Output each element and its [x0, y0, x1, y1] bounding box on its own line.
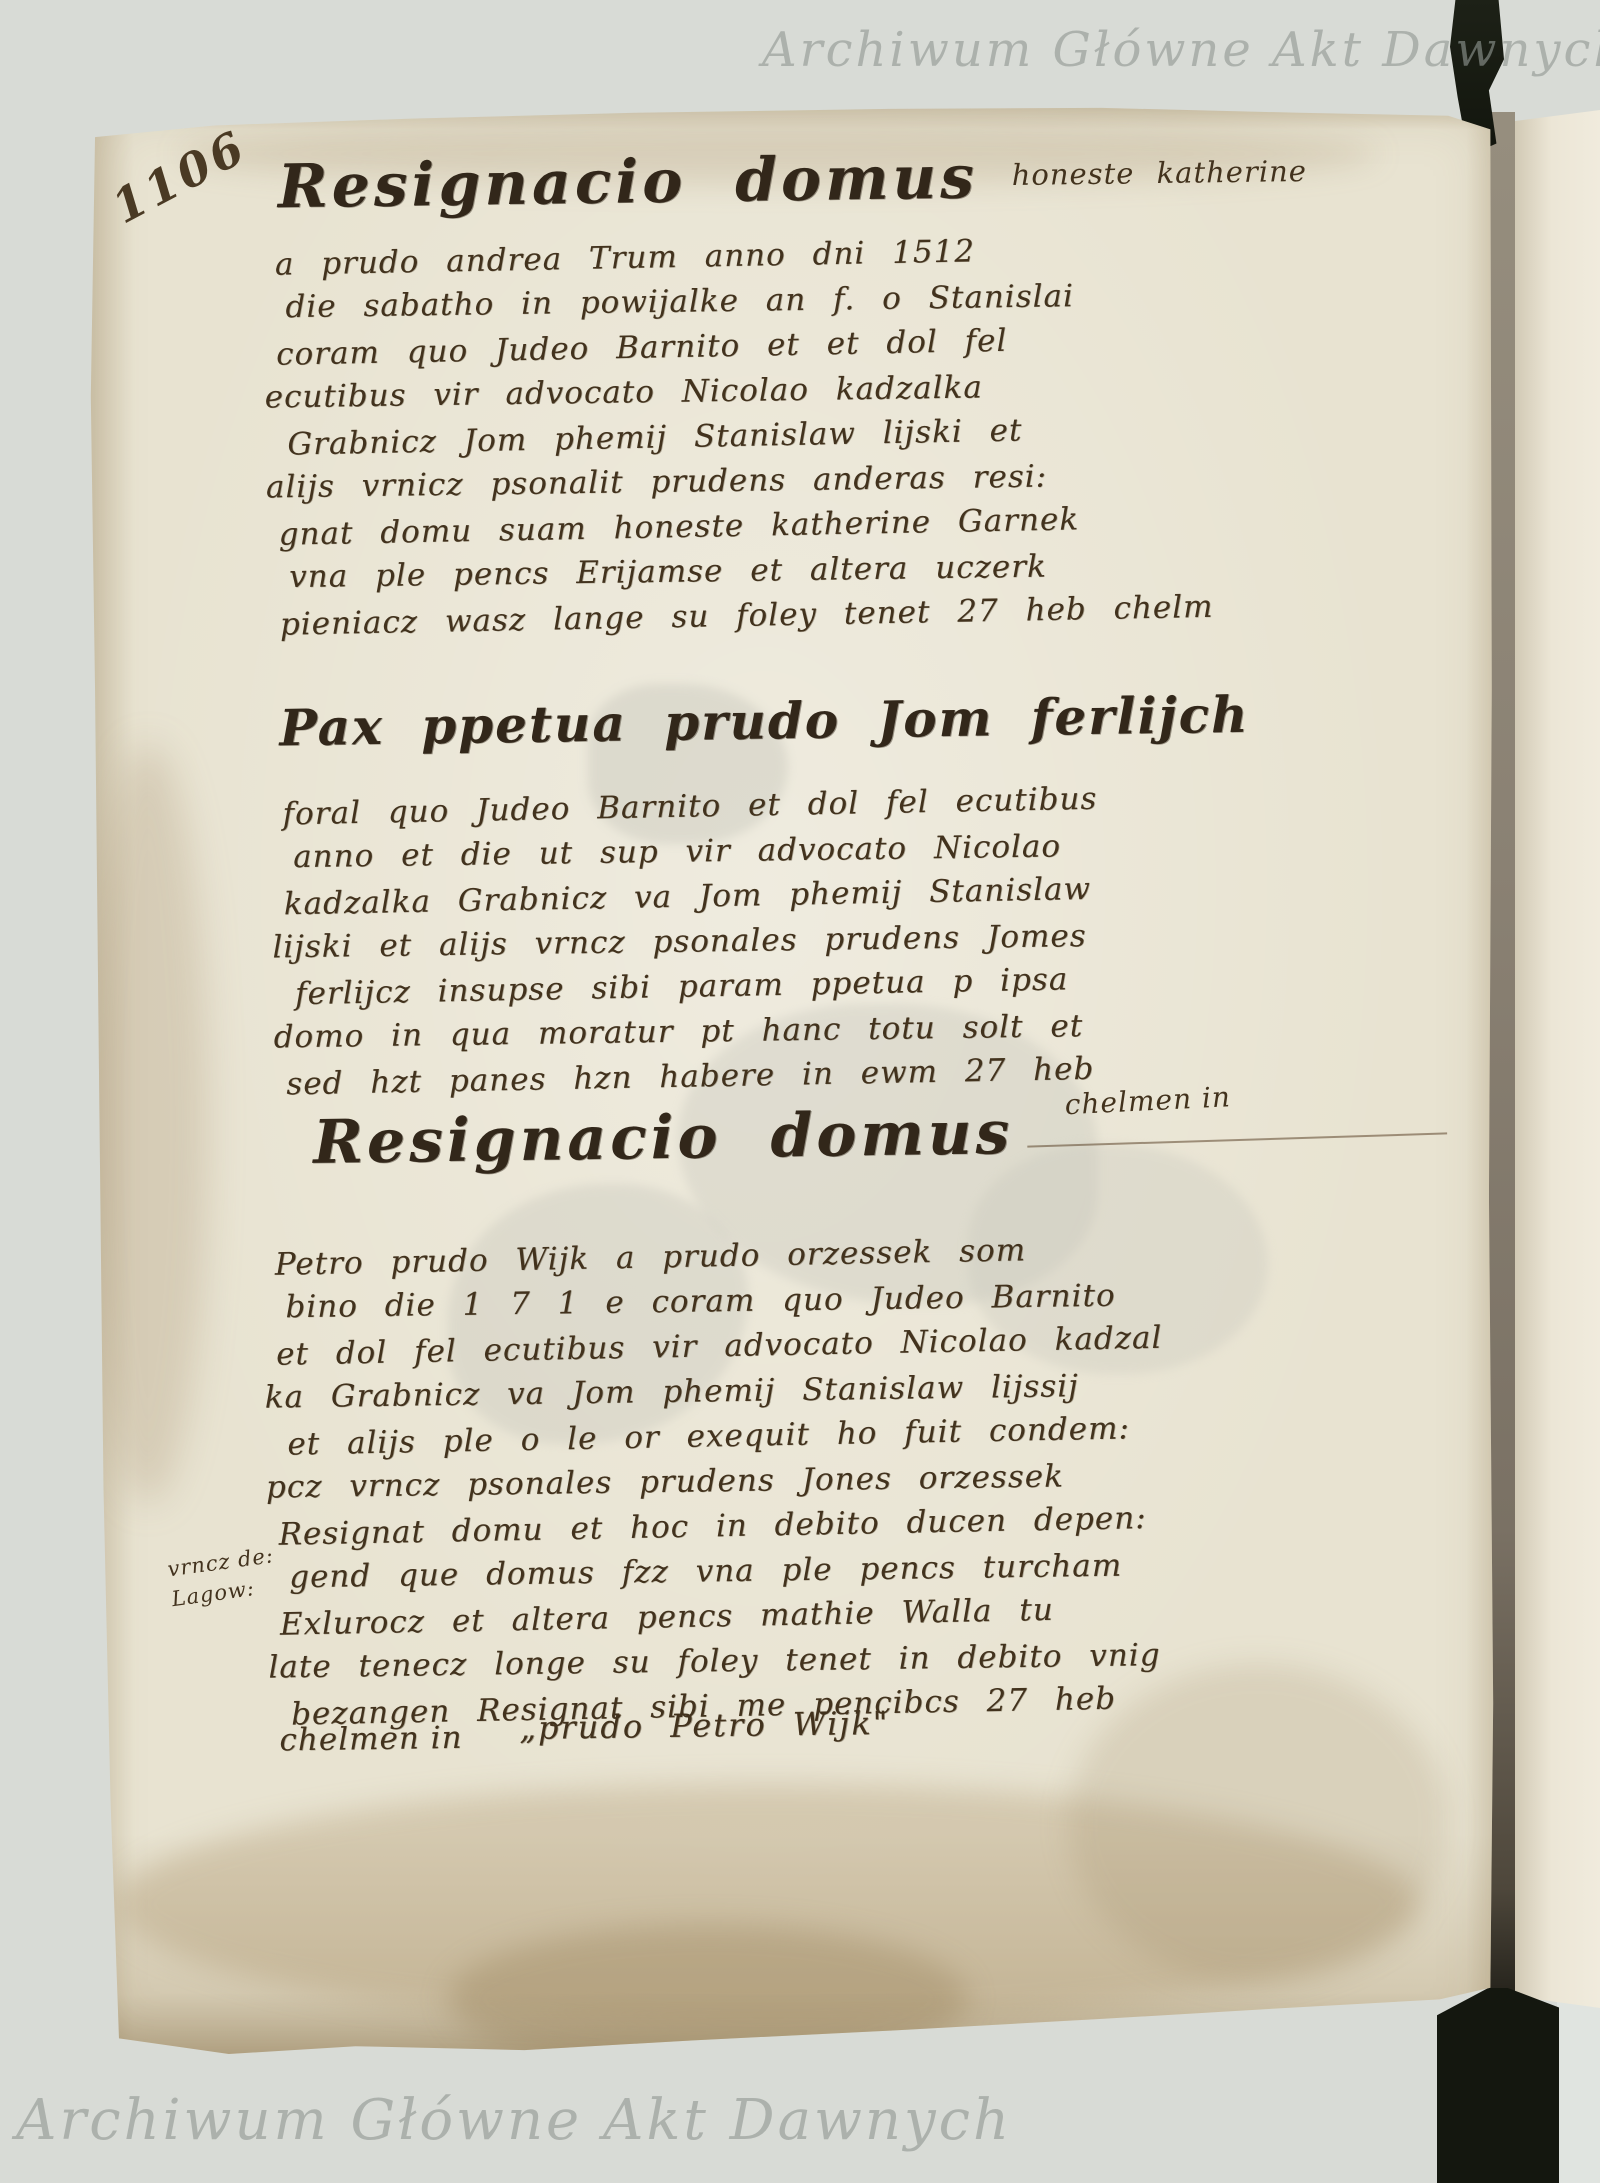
section1-heading-continuation: honeste katherine: [1011, 154, 1307, 192]
page-number: 1106: [103, 119, 256, 234]
closing-word: chelmen in: [279, 1720, 463, 1759]
section3-body: Petro prudo Wijk a prudo orzessek som bi…: [263, 1228, 1168, 1735]
section3-heading-note: chelmen in: [1064, 1080, 1232, 1121]
archive-watermark-bottom: Archiwum Główne Akt Dawnych: [16, 2088, 1012, 2153]
section1-heading: Resignacio domus: [277, 143, 978, 223]
handwriting-layer: 1106 Resignacio domus honeste katherine …: [0, 0, 1600, 2183]
section3-heading: Resignacio domus: [313, 1098, 1014, 1178]
scanned-manuscript-photo: 1106 Resignacio domus honeste katherine …: [0, 0, 1600, 2183]
archive-watermark-top: Archiwum Główne Akt Dawnych: [762, 22, 1600, 78]
section2-body: foral quo Judeo Barnito et dol fel ecuti…: [270, 779, 1101, 1106]
signature-line: „prudo Petro Wijk": [519, 1704, 890, 1747]
heading-underline-rule: [1027, 1132, 1447, 1147]
section2-heading: Pax ppetua prudo Jom ferlijch: [279, 685, 1250, 758]
margin-note: vrncz de: Lagow:: [166, 1540, 280, 1614]
section1-body: a prudo andrea Trum anno dni 1512 die sa…: [263, 227, 1214, 645]
